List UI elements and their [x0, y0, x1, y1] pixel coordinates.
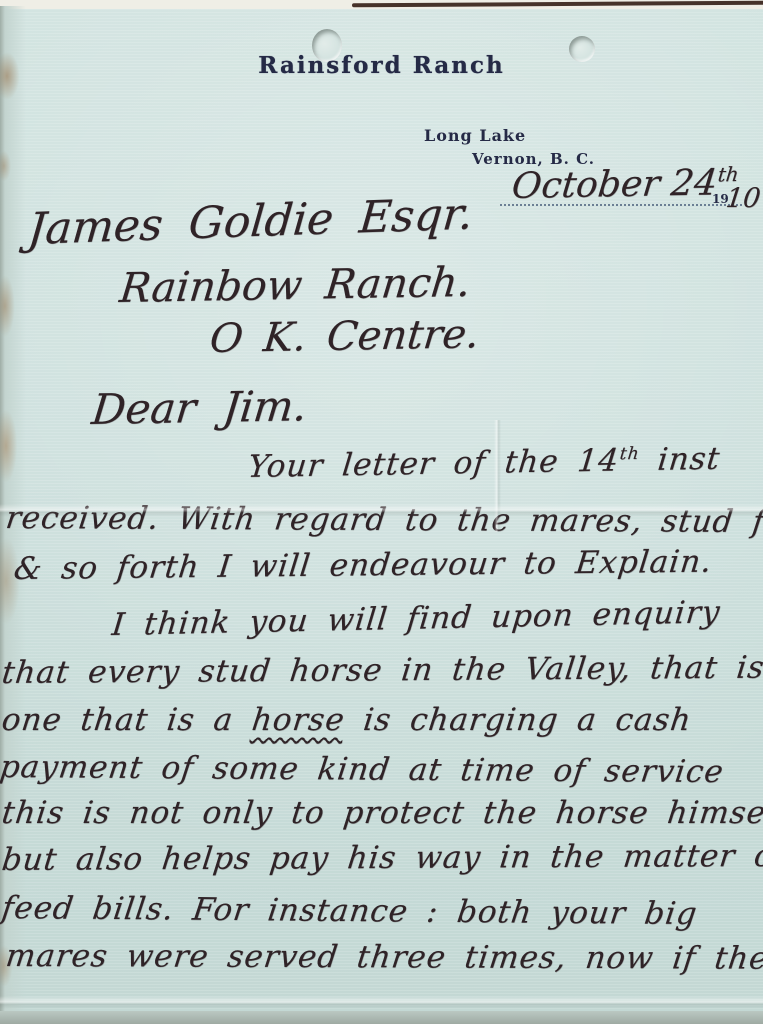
line-text: payment of some kind at time of service: [0, 749, 726, 790]
line-text: that every stud horse in the Valley, tha…: [0, 650, 763, 691]
line-text: mares were served three times, now if th…: [4, 938, 763, 977]
line-text: & so forth I will endeavour to Explain.: [12, 544, 714, 587]
line-text: is charging a cash: [343, 702, 694, 738]
line-text: I think you will find upon enquiry: [110, 594, 722, 643]
line-text: th: [619, 444, 641, 464]
handwritten-line: one that is a horse is charging a cash: [0, 702, 694, 738]
underlined-word: horse: [250, 702, 347, 738]
handwritten-line: feed bills. For instance : both your big: [0, 890, 700, 932]
fold-crease-middle: [0, 504, 763, 517]
line-text: but also helps pay his way in the matter…: [0, 838, 763, 878]
handwritten-line: I think you will find upon enquiry: [110, 594, 722, 643]
handwritten-line: & so forth I will endeavour to Explain.: [12, 544, 714, 587]
line-text: inst: [637, 441, 722, 478]
line-text: this is not only to protect the horse hi…: [0, 795, 763, 831]
handwritten-line: payment of some kind at time of service: [0, 749, 726, 790]
scan-bottom-edge: [0, 1011, 763, 1024]
line-text: Your letter of the 14: [246, 443, 621, 485]
handwritten-line: that every stud horse in the Valley, tha…: [0, 650, 763, 691]
handwritten-line: this is not only to protect the horse hi…: [0, 795, 763, 831]
fold-crease-bottom: [0, 996, 763, 1009]
letter-scan: Rainsford Ranch Long Lake Vernon, B. C. …: [0, 0, 763, 1024]
handwritten-line: Your letter of the 14th inst: [246, 441, 722, 485]
handwritten-line: mares were served three times, now if th…: [4, 938, 763, 977]
line-text: one that is a: [0, 702, 254, 738]
line-text: feed bills. For instance : both your big: [0, 890, 700, 932]
handwritten-line: but also helps pay his way in the matter…: [0, 838, 763, 878]
